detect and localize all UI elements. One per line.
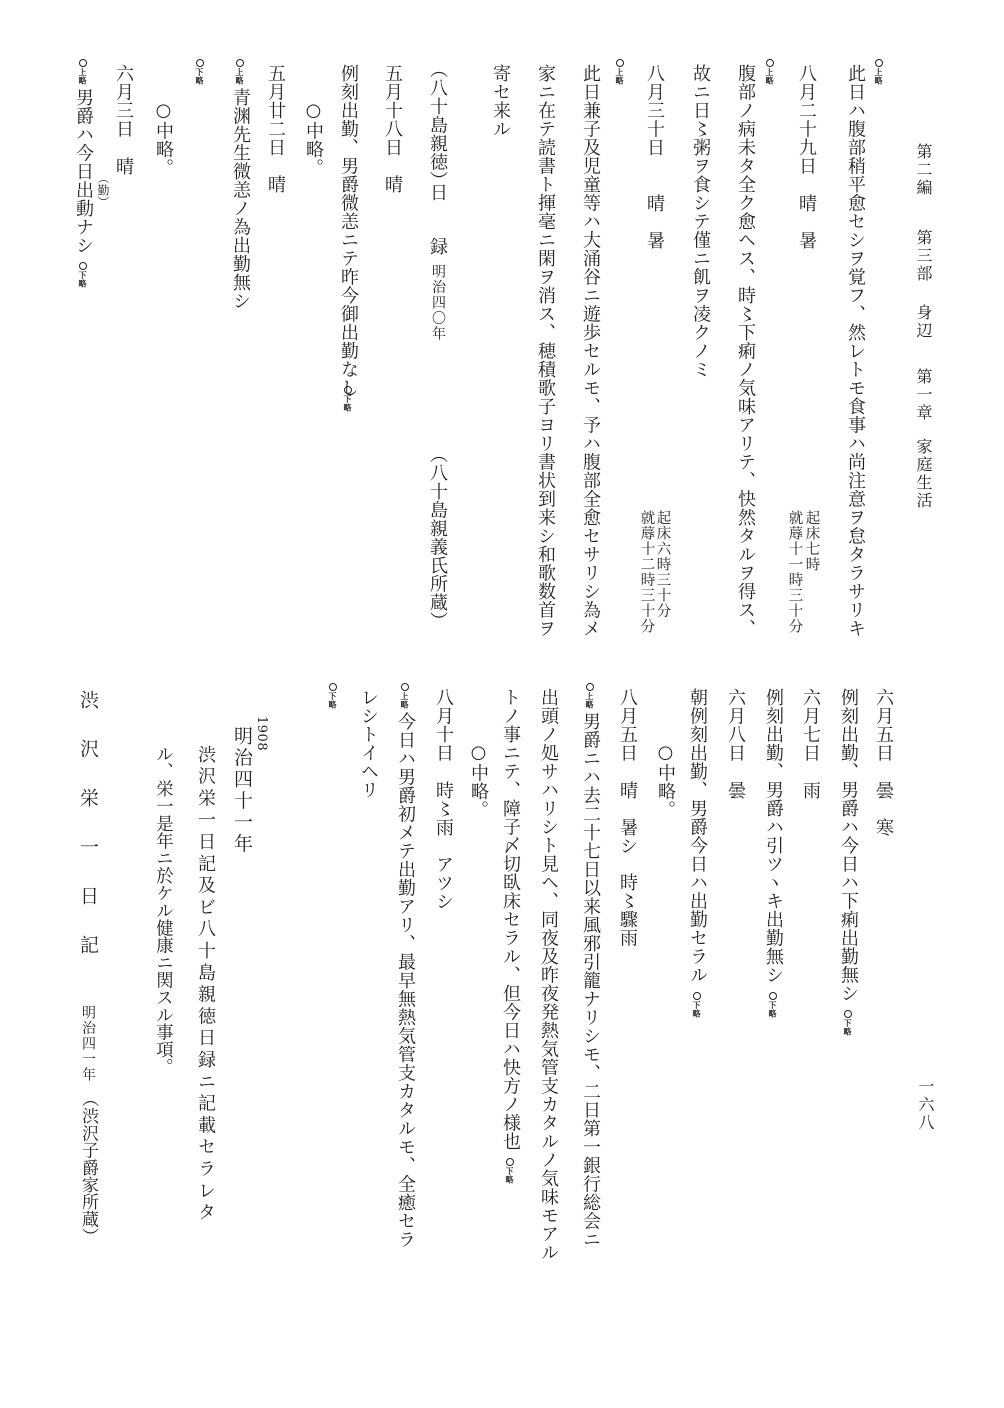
omission-middle: ○中略。 — [154, 100, 172, 177]
entry-text-line: 朝例刻出勤、男爵今日ハ出勤セラル — [688, 688, 706, 984]
source-title: 渋沢栄一日記 — [78, 690, 97, 984]
running-header-chapter-title: 家庭生活 — [915, 438, 931, 510]
omission-below-marker: 下略 — [692, 992, 702, 1018]
omission-above-marker: 上略 — [235, 59, 245, 85]
diary-author: （八十島親徳） — [428, 60, 446, 190]
omission-above-marker: 上略 — [400, 683, 410, 709]
omission-label: 下略 — [693, 1001, 701, 1018]
entry-date: 八月十日 — [434, 688, 452, 762]
running-header-subsection: 身辺 — [915, 304, 931, 340]
omission-label: 上略 — [79, 68, 87, 85]
omission-above-marker: 上略 — [615, 59, 625, 85]
entry-text-line: 例刻出勤、男爵微恙ニテ昨今御出勤なし — [339, 64, 357, 397]
omission-label: 上略 — [616, 68, 624, 85]
entry-weather: 晴 — [618, 781, 636, 800]
omission-middle: ○中略。 — [304, 100, 322, 177]
entry-temperature: 暑 — [645, 231, 663, 250]
omission-below-marker: 下略 — [328, 683, 338, 709]
entry-date: 六月三日 — [114, 64, 132, 138]
section-intro-line: ル、栄一是年ニ於ケル健康ニ関スル事項。 — [153, 745, 170, 1076]
entry-text-line: 故ニ日〻粥ヲ食シテ僅ニ飢ヲ凌クノミ — [691, 64, 709, 379]
entry-weather: 雨 — [801, 781, 819, 800]
entry-date: 八月二十九日 — [797, 64, 815, 175]
editorial-correction: （勤） — [97, 172, 109, 208]
omission-above-marker: 上略 — [585, 683, 595, 709]
omission-above-marker: 上略 — [78, 59, 88, 85]
page-number: 一六八 — [917, 1078, 933, 1132]
omission-label: 上略 — [236, 68, 244, 85]
entry-date: 五月廿二日 — [266, 64, 284, 157]
entry-text-line: 青渊先生微恙ノ為出勤無シ — [231, 88, 249, 310]
omission-label: 下略 — [196, 68, 204, 85]
circle-icon — [875, 59, 883, 67]
source-era-year: 明治四一年 — [81, 1005, 95, 1083]
section-intro-line: 渋沢栄一日記及ビ八十島親徳日録ニ記載セラレタ — [196, 745, 214, 1225]
circle-icon — [586, 683, 594, 691]
diary-title-char: 日 — [428, 183, 446, 202]
entry-text-line: 家ニ在テ読書ト揮毫ニ閑ヲ消ス、穂積歌子ヨリ書状到来シ和歌数首ヲ — [536, 64, 554, 638]
omission-below-marker: 下略 — [843, 1010, 853, 1036]
entry-text-line: 男爵ハ今日出動ナシ — [74, 88, 92, 255]
entry-text-line: 男爵ニハ去二十七日以来風邪引籠ナリシモ、二日第一銀行総会ニ — [581, 712, 599, 1249]
entry-wake-time: 起床七時 — [804, 510, 819, 572]
entry-text-line: 出頭ノ処サハリシト見ヘ、同夜及昨夜発熱気管支カタルノ気味モアル — [539, 688, 557, 1262]
entry-weather: 曇 — [874, 781, 892, 800]
circle-icon — [329, 683, 337, 691]
entry-text-line: 例刻出勤、男爵ハ引ツヽキ出勤無シ — [764, 688, 782, 984]
running-header-part: 第二編 — [915, 143, 931, 197]
entry-weather: 晴 — [114, 157, 132, 176]
entry-date: 六月七日 — [801, 688, 819, 762]
entry-date: 八月五日 — [618, 688, 636, 762]
circle-icon — [79, 262, 87, 270]
entry-text-line: トノ事ニテ、障子〆切臥床セラル、但今日ハ快方ノ様也 — [501, 688, 519, 1151]
source-holder: （渋沢子爵家所蔵） — [79, 1090, 96, 1245]
omission-below-marker: 下略 — [768, 992, 778, 1018]
western-year: 1908 — [255, 716, 268, 751]
entry-weather: 晴 — [266, 175, 284, 194]
omission-label: 下略 — [329, 692, 337, 709]
running-header-section: 第三部 — [915, 229, 931, 283]
circle-icon — [236, 59, 244, 67]
entry-date: 六月五日 — [874, 688, 892, 762]
entry-date: 六月八日 — [726, 688, 744, 762]
entry-wake-time: 起床六時三十分 — [655, 510, 670, 619]
omission-label: 下略 — [344, 395, 352, 412]
entry-temperature: 暑 — [797, 231, 815, 250]
circle-icon — [401, 683, 409, 691]
entry-temperature: アツシ — [434, 855, 452, 911]
omission-label: 下略 — [769, 1001, 777, 1018]
omission-label: 上略 — [586, 692, 594, 709]
entry-weather: 時〻雨 — [434, 781, 452, 837]
circle-icon — [506, 1158, 514, 1166]
entry-text-line: 今日ハ男爵初メテ出勤アリ、最早無熱気管支カタルモ、全癒セラ — [396, 712, 414, 1249]
omission-label: 上略 — [401, 692, 409, 709]
omission-label: 上略 — [766, 68, 774, 85]
circle-icon — [616, 59, 624, 67]
entry-text-line: レシトイヘリ — [359, 688, 377, 799]
omission-below-marker: 下略 — [505, 1158, 515, 1184]
entry-text-line: 此日兼子及児童等ハ大涌谷ニ遊歩セルモ、予ハ腹部全愈セサリシ為メ — [581, 64, 599, 638]
entry-weather-note: 時〻驟雨 — [618, 873, 636, 947]
omission-label: 上略 — [875, 68, 883, 85]
running-header-chapter: 第一章 — [915, 368, 931, 422]
entry-text-line: 例刻出勤、男爵ハ今日ハ下痢出勤無シ — [839, 688, 857, 1003]
entry-weather: 晴 — [797, 194, 815, 213]
diary-holder: （八十島親義氏所蔵） — [428, 445, 446, 630]
circle-icon — [344, 386, 352, 394]
diary-era-year: 明治四〇年 — [431, 264, 445, 342]
omission-below-marker: 下略 — [343, 386, 353, 412]
omission-above-marker: 上略 — [765, 59, 775, 85]
entry-sleep-time: 就蓐十二時三十分 — [639, 510, 654, 634]
circle-icon — [766, 59, 774, 67]
omission-label: 下略 — [844, 1019, 852, 1036]
omission-label: 下略 — [79, 271, 87, 288]
circle-icon — [196, 59, 204, 67]
entry-text-line: 腹部ノ病未タ全ク愈ヘス、時〻下痢ノ気味アリテ、快然タルヲ得ス、 — [736, 64, 754, 638]
diary-paragraph: 此日ハ腹部稍平愈セシヲ覚フ、然レトモ食事ハ尚注意ヲ怠タラサリキ — [846, 64, 864, 638]
omission-above-marker: 上略 — [874, 59, 884, 85]
entry-date: 五月十八日 — [383, 64, 401, 157]
diary-title-char: 録 — [428, 237, 446, 256]
entry-sleep-time: 就蓐十一時三十分 — [787, 510, 802, 634]
omission-label: 下略 — [506, 1167, 514, 1184]
entry-temperature: 寒 — [874, 818, 892, 837]
circle-icon — [769, 992, 777, 1000]
era-year-heading: 明治四十一年 — [232, 726, 251, 855]
entry-weather: 晴 — [645, 194, 663, 213]
omission-below-marker: 下略 — [78, 262, 88, 288]
entry-weather: 曇 — [726, 781, 744, 800]
circle-icon — [79, 59, 87, 67]
entry-weather: 晴 — [383, 175, 401, 194]
omission-middle: ○中略。 — [656, 742, 674, 819]
entry-date: 八月三十日 — [645, 64, 663, 157]
circle-icon — [844, 1010, 852, 1018]
omission-below-marker: 下略 — [195, 59, 205, 85]
circle-icon — [693, 992, 701, 1000]
entry-temperature: 暑シ — [618, 818, 636, 855]
omission-middle: ○中略。 — [469, 742, 487, 819]
entry-text-line: 寄セ来ル — [491, 64, 509, 138]
